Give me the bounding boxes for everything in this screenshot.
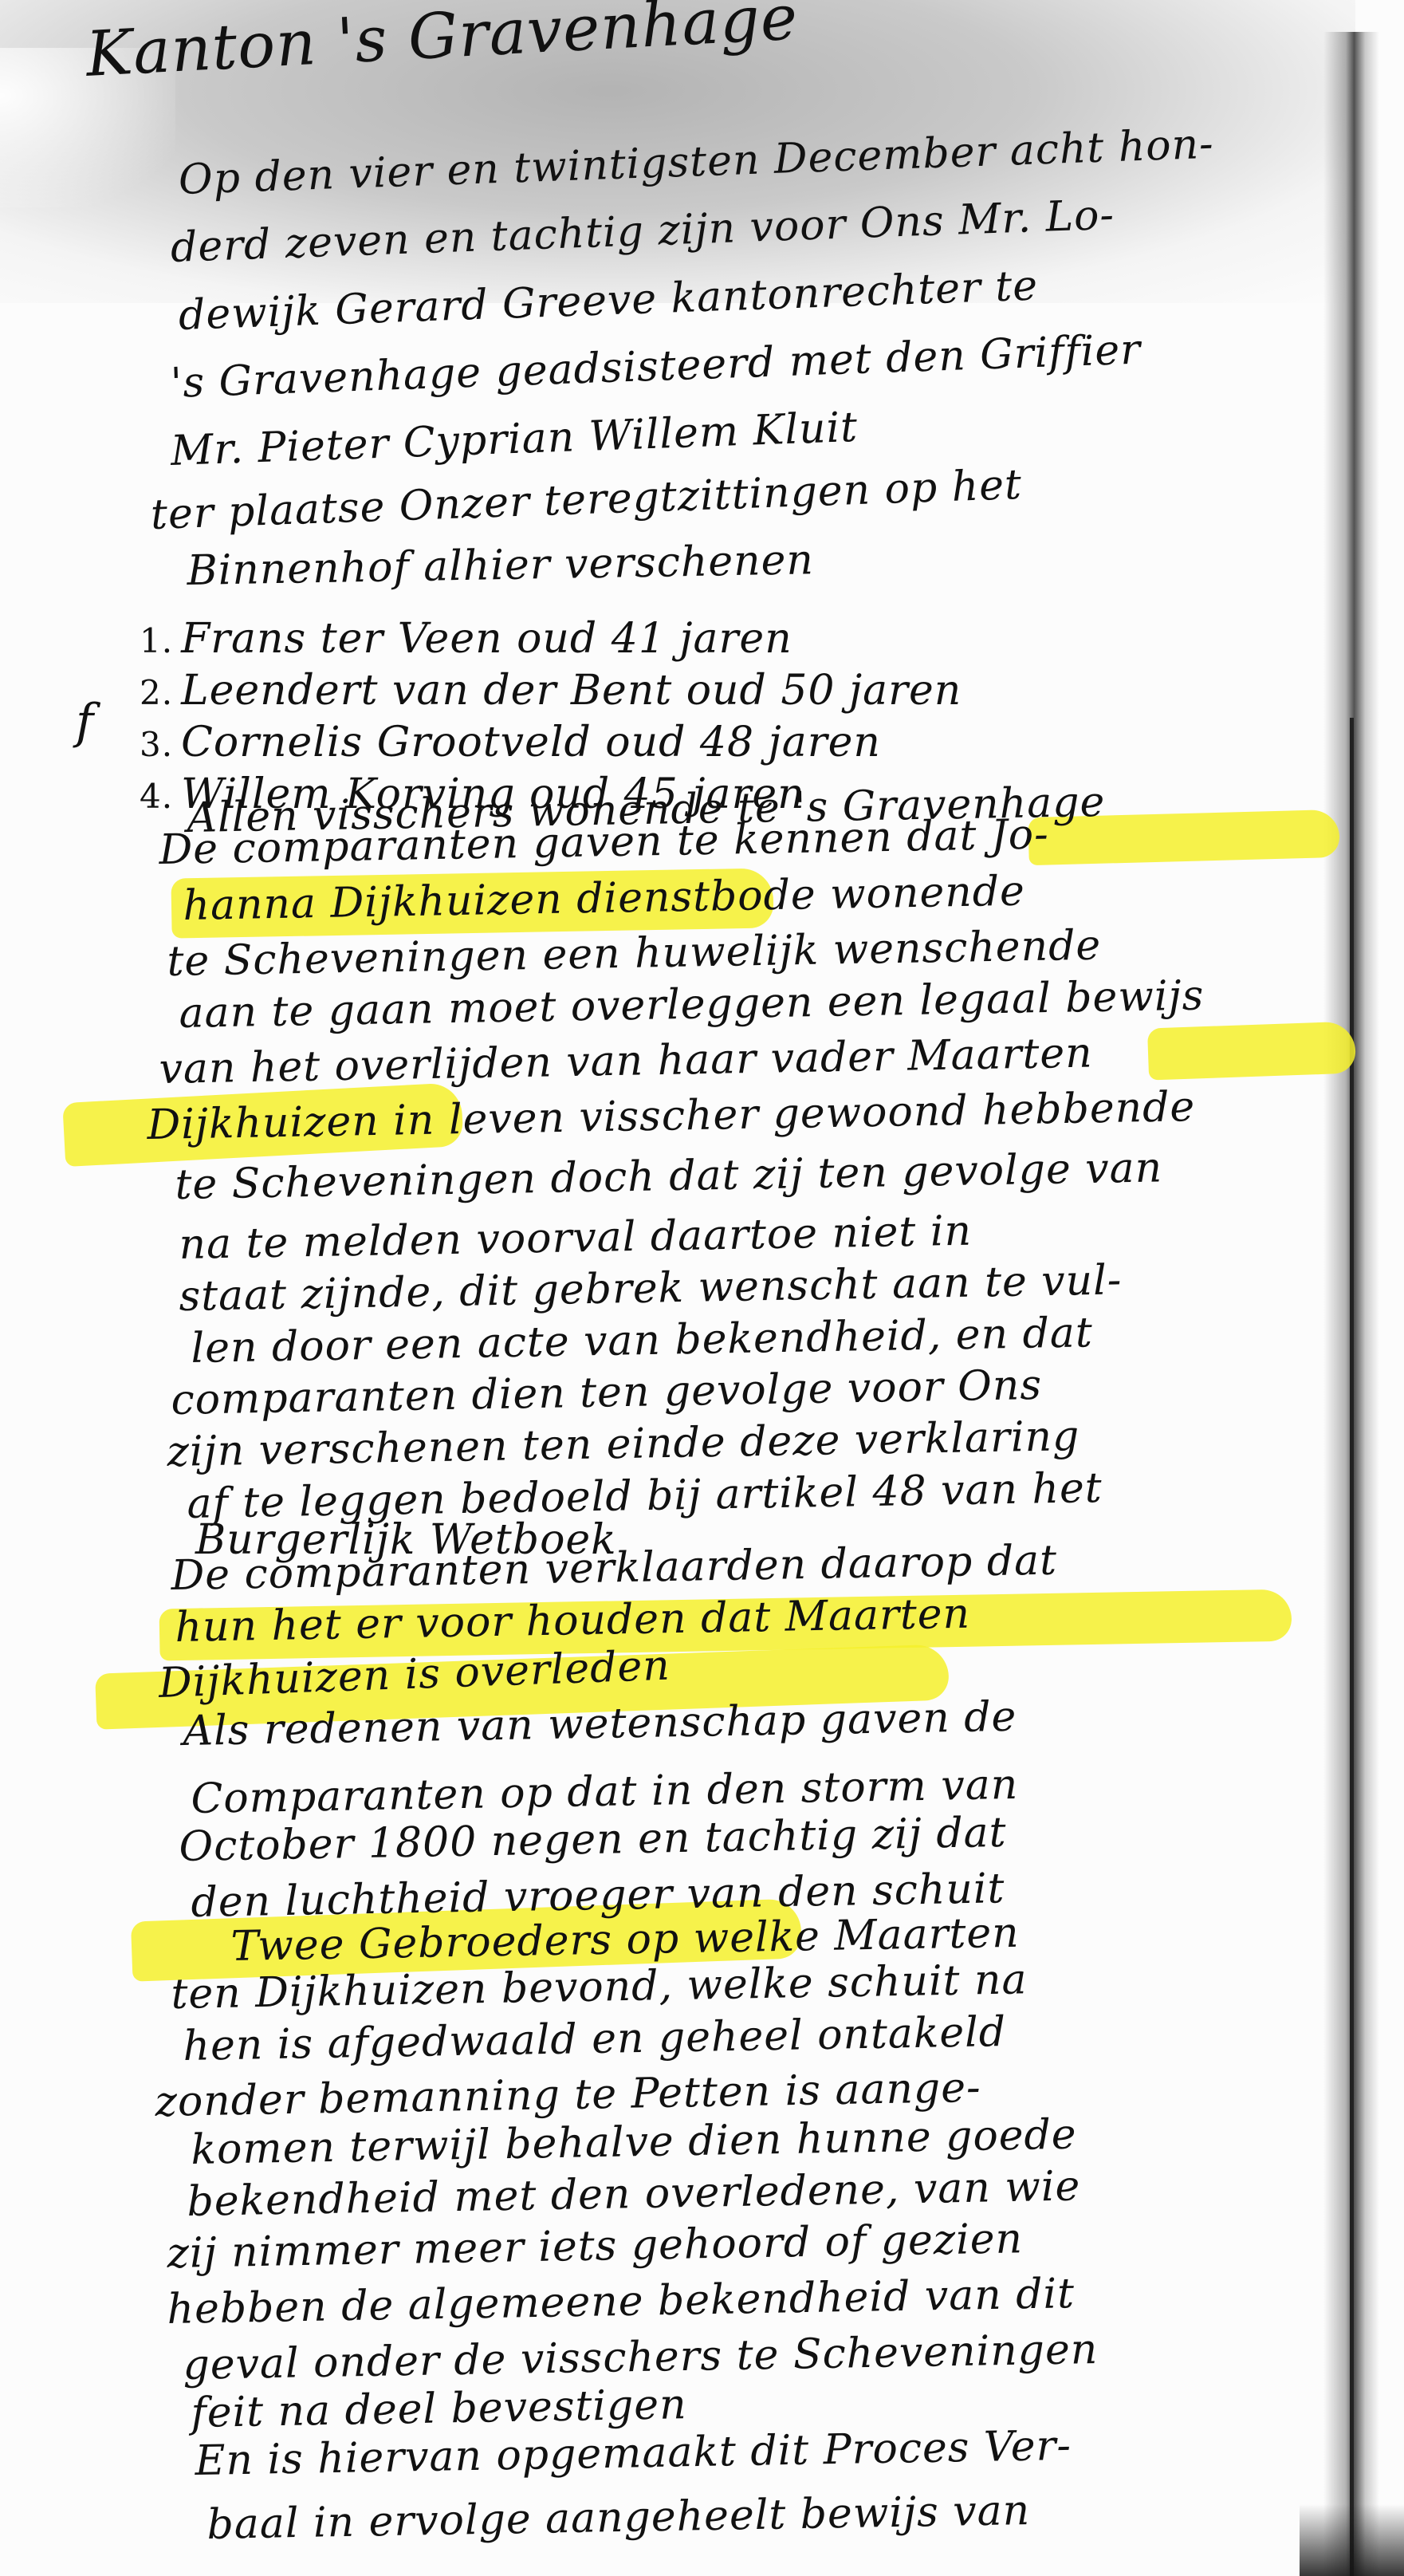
witness-number: 2. — [140, 673, 173, 712]
text-line: staat zijnde, dit gebrek wenscht aan te … — [179, 1259, 1123, 1318]
witness-line: 3.Cornelis Grootveld oud 48 jaren — [140, 722, 881, 763]
text-line: na te melden voorval daartoe niet in — [179, 1211, 972, 1266]
text-line: aan te gaan moet overleggen een legaal b… — [179, 975, 1205, 1034]
text-line: zijn verschenen ten einde deze verklarin… — [167, 1416, 1080, 1473]
witness-number: 1. — [140, 621, 173, 660]
witness-text: Cornelis Grootveld oud 48 jaren — [181, 719, 881, 766]
witness-number: 4. — [140, 777, 173, 816]
text-line: Als redenen van wetenschap gaven de — [183, 1696, 1017, 1752]
text-line: geval onder de visschers te Scheveningen — [183, 2329, 1099, 2386]
text-line: ter plaatse Onzer teregtzittingen op het — [150, 464, 1022, 536]
witness-number: 3. — [140, 725, 173, 764]
binding-line — [1350, 718, 1354, 2576]
witness-line: 1.Frans ter Veen oud 41 jaren — [140, 618, 792, 660]
text-line: Mr. Pieter Cyprian Willem Kluit — [170, 407, 859, 472]
witness-text: Leendert van der Bent oud 50 jaren — [181, 667, 962, 715]
text-line: len door een acte van bekendheid, en dat — [191, 1312, 1093, 1369]
binding-shadow — [1300, 2504, 1404, 2576]
text-line: Binnenhof alhier verschenen — [187, 539, 814, 592]
margin-mark: f — [76, 694, 93, 750]
text-line: hen is afgedwaald en geheel ontakeld — [183, 2011, 1006, 2067]
witness-line: 2.Leendert van der Bent oud 50 jaren — [140, 670, 962, 711]
text-line: zij nimmer meer iets gehoord of gezien — [167, 2218, 1023, 2275]
witness-text: Frans ter Veen oud 41 jaren — [181, 615, 792, 663]
text-line: comparanten dien ten gevolge voor Ons — [171, 1365, 1042, 1421]
text-line: hebben de algemeene bekendheid van dit — [167, 2273, 1075, 2330]
text-line: te Scheveningen doch dat zij ten gevolge… — [175, 1147, 1162, 1206]
text-line: baal in ervolge aangeheelt bewijs van — [206, 2490, 1030, 2546]
text-line: feit na deel bevestigen — [191, 2384, 687, 2434]
text-line: October 1800 negen en tachtig zij dat — [179, 1812, 1007, 1868]
text-line: 's Gravenhage geadsisteerd met den Griff… — [170, 329, 1142, 404]
document-page: Kanton 's Gravenhage f Op den vier en tw… — [0, 0, 1404, 2576]
text-line: van het overlijden van haar vader Maarte… — [159, 1033, 1093, 1090]
text-line: bekendheid met den overledene, van wie — [187, 2165, 1081, 2223]
highlight — [1147, 1021, 1356, 1080]
